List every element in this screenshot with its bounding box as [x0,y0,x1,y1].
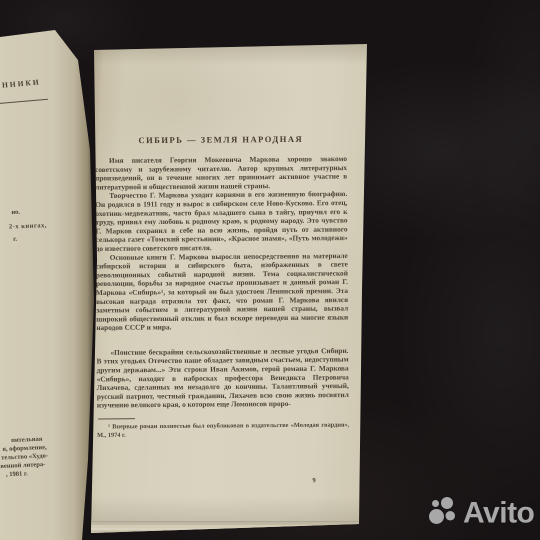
running-head-fragment: ННИКИ [2,78,41,90]
avito-logo-icon [429,496,458,528]
left-page-fragment: 2-х книгах, [0,221,47,231]
body-paragraph: Творчество Г. Маркова уходит корнями в е… [95,190,347,254]
body-paragraph: «Поистине бескрайни сельскохозяйственные… [96,347,348,411]
page-content: СИБИРЬ — ЗЕМЛЯ НАРОДНАЯ Имя писателя Гео… [94,39,350,537]
left-page-fragment: г. [0,235,17,244]
colophon-fragments: пительная я, оформление, тельство «Худо-… [0,434,49,479]
avito-wordmark: Avito [463,497,534,528]
right-page: СИБИРЬ — ЗЕМЛЯ НАРОДНАЯ Имя писателя Гео… [86,40,372,536]
footnote-rule [98,418,135,419]
chapter-title: СИБИРЬ — ЗЕМЛЯ НАРОДНАЯ [95,134,347,146]
avito-watermark: Avito [429,496,534,528]
avito-logo-circle [432,500,439,507]
avito-logo-circle [441,497,453,509]
body-paragraph: Имя писателя Георгия Мокеевича Маркова х… [95,155,347,192]
colophon-line: , 1981 г. [1,469,28,479]
left-page: ННИКИ но. 2-х книгах, г. пительная я, оф… [0,30,95,540]
book-photo: ННИКИ но. 2-х книгах, г. пительная я, оф… [0,0,540,540]
page-number: 9 [312,476,315,484]
left-page-fragment: но. [0,208,20,217]
avito-logo-circle [429,509,444,524]
avito-logo-circle [446,511,456,521]
running-head-rule [0,99,48,105]
footnote: ¹ Впервые роман полностью был опубликова… [97,421,349,439]
body-paragraph: Основные книги Г. Маркова выросли непоср… [96,252,349,333]
